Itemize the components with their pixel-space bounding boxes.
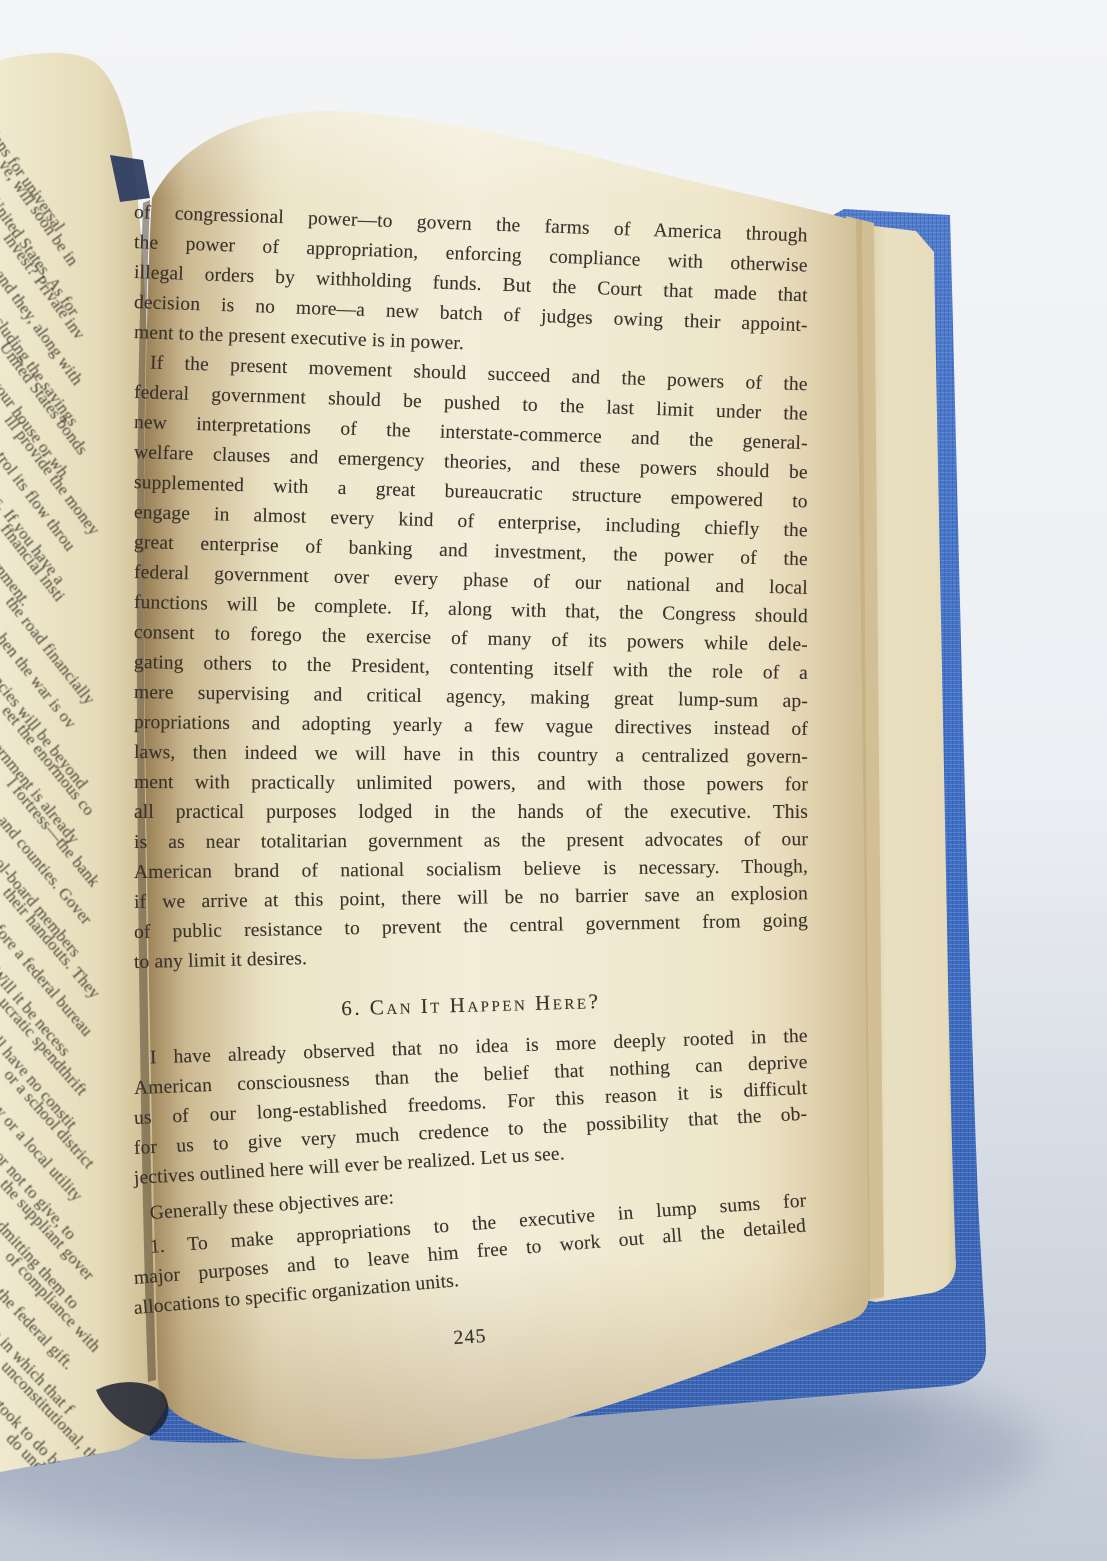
book-shapes	[0, 0, 1107, 1561]
book-photo-scene: plans for universalve, will soon be inUn…	[0, 0, 1107, 1561]
